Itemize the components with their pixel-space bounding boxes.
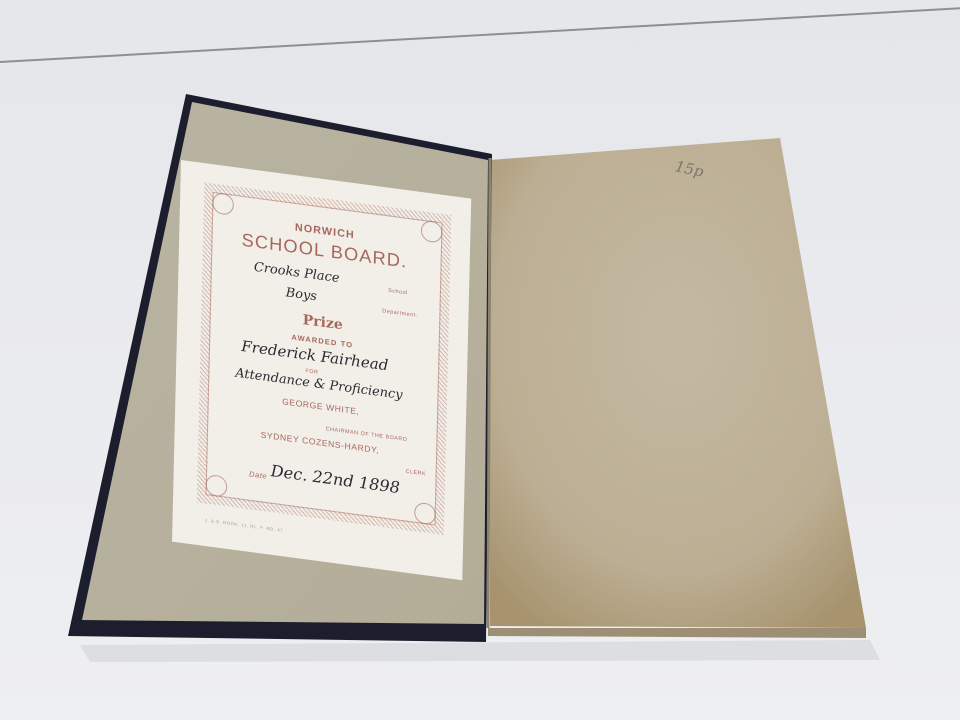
printer-mark: J. & S. ROOK, 11, RL. F. RD. 47. <box>205 517 285 533</box>
photo-scene: NORWICH SCHOOL BOARD. Crooks Place Schoo… <box>0 0 960 720</box>
page-block-edge <box>488 628 866 638</box>
right-endpaper <box>490 138 866 628</box>
book-illustration <box>0 0 960 720</box>
prize-bookplate: NORWICH SCHOOL BOARD. Crooks Place Schoo… <box>172 160 471 580</box>
book-gutter <box>488 158 490 628</box>
book-shadow <box>80 640 880 662</box>
